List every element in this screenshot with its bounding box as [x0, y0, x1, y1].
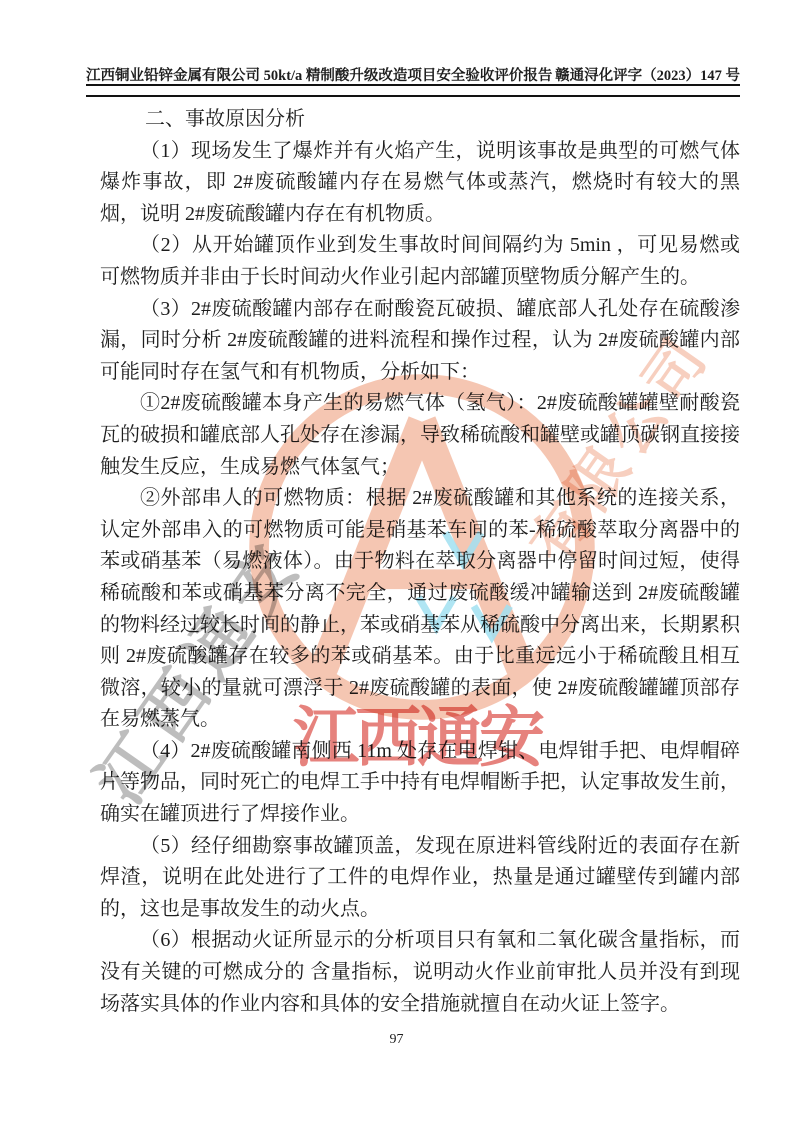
paragraph: ①2#废硫酸罐本身产生的易燃气体（氢气）：2#废硫酸罐罐壁耐酸瓷瓦的破损和罐底部… — [100, 388, 740, 483]
document-body: 二、事故原因分析 （1）现场发生了爆炸并有火焰产生，说明该事故是典型的可燃气体爆… — [100, 104, 740, 1020]
header-rule-top — [86, 84, 740, 86]
section-heading: 二、事故原因分析 — [100, 104, 740, 136]
paragraph: （6）根据动火证所显示的分析项目只有氧和二氧化碳含量指标，而没有关键的可燃成分的… — [100, 925, 740, 1020]
paragraph: （1）现场发生了爆炸并有火焰产生，说明该事故是典型的可燃气体爆炸事故，即 2#废… — [100, 136, 740, 231]
paragraph: （3）2#废硫酸罐内部存在耐酸瓷瓦破损、罐底部人孔处存在硫酸渗漏，同时分析 2#… — [100, 294, 740, 389]
header-document-number: 赣通浔化评字（2023）147 号 — [555, 64, 740, 85]
paragraph: （5）经仔细勘察事故罐顶盖，发现在原进料管线附近的表面存在新焊渣，说明在此处进行… — [100, 831, 740, 926]
page-number: 97 — [0, 1032, 793, 1048]
paragraph: （4）2#废硫酸罐南侧西 11m 处存在电焊钳、电焊钳手把、电焊帽碎片等物品，同… — [100, 736, 740, 831]
paragraph: ②外部串人的可燃物质：根据 2#废硫酸罐和其他系统的连接关系，认定外部串入的可燃… — [100, 483, 740, 736]
paragraph: （2）从开始罐顶作业到发生事故时间间隔约为 5min ，可见易燃或可燃物质并非由… — [100, 230, 740, 293]
paragraphs: （1）现场发生了爆炸并有火焰产生，说明该事故是典型的可燃气体爆炸事故，即 2#废… — [100, 136, 740, 1021]
document-page: 江西铜业铅锌金属有限公司 50kt/a 精制酸升级改造项目安全验收评价报告 赣通… — [0, 0, 793, 1122]
header-title: 江西铜业铅锌金属有限公司 50kt/a 精制酸升级改造项目安全验收评价报告 — [86, 64, 552, 85]
page-header: 江西铜业铅锌金属有限公司 50kt/a 精制酸升级改造项目安全验收评价报告 赣通… — [86, 64, 740, 85]
header-rule-bottom — [86, 95, 740, 97]
